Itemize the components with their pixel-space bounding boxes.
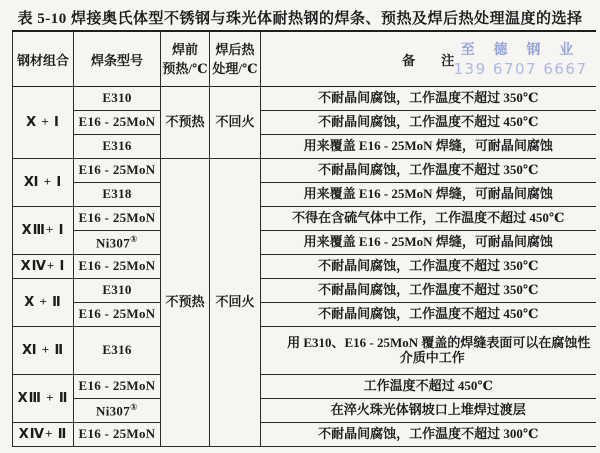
- remark-cell: 不得在含硫气体中工作，工作温度不超过 450℃: [261, 207, 596, 231]
- preheat-cell: 不预热: [161, 87, 210, 159]
- table-row: E316用来覆盖 E16 - 25MoN 焊缝，可耐晶间腐蚀: [13, 135, 596, 159]
- table-row: E318用来覆盖 E16 - 25MoN 焊缝，可耐晶间腐蚀: [13, 183, 596, 207]
- remark-cell: 用来覆盖 E16 - 25MoN 焊缝，可耐晶间腐蚀: [261, 231, 596, 255]
- electrode-cell: E310: [74, 87, 161, 111]
- remark-cell: 不耐晶间腐蚀，工作温度不超过 350℃: [261, 255, 596, 279]
- electrode-cell: E310: [74, 279, 161, 303]
- table-row: Ni307①用来覆盖 E16 - 25MoN 焊缝，可耐晶间腐蚀: [13, 231, 596, 255]
- electrode-cell: E16 - 25MoN: [74, 255, 161, 279]
- table-row: E16 - 25MoN不耐晶间腐蚀，工作温度不超过 450℃: [13, 303, 596, 327]
- steel-combo-cell: Ⅺ + Ⅰ: [13, 159, 74, 207]
- table-header: 钢材组合 焊条型号 焊前 预热/℃ 焊后热 处理/℃ 备 注: [13, 31, 596, 87]
- steel-combo-cell: ⅩⅢ + Ⅱ: [13, 375, 74, 423]
- steel-combo-cell: ⅩⅣ+ Ⅰ: [13, 255, 74, 279]
- electrode-cell: E316: [74, 135, 161, 159]
- header-postheat-line2: 处理/℃: [210, 59, 260, 79]
- header-preheat-line1: 焊前: [161, 40, 209, 60]
- electrode-cell: E16 - 25MoN: [74, 303, 161, 327]
- remark-cell: 用来覆盖 E16 - 25MoN 焊缝，可耐晶间腐蚀: [261, 183, 596, 207]
- remark-cell: 不耐晶间腐蚀，工作温度不超过 450℃: [261, 111, 596, 135]
- header-electrode-type: 焊条型号: [74, 31, 161, 87]
- scanned-document-page: 表 5-10 焊接奥氏体型不锈钢与珠光体耐热钢的焊条、预热及焊后热处理温度的选择…: [0, 0, 600, 453]
- table-row: ⅩⅢ + ⅡE16 - 25MoN工作温度不超过 450℃: [13, 375, 596, 399]
- electrode-cell: E16 - 25MoN: [74, 423, 161, 447]
- remark-cell: 在淬火珠光体钢坡口上堆焊过渡层: [261, 399, 596, 423]
- table-row: ⅩⅣ+ ⅠE16 - 25MoN不耐晶间腐蚀，工作温度不超过 350℃: [13, 255, 596, 279]
- footnote-marker: ①: [130, 402, 138, 412]
- remark-cell: 工作温度不超过 450℃: [261, 375, 596, 399]
- table-row: Ⅹ + ⅠE310不预热不回火不耐晶间腐蚀，工作温度不超过 350℃: [13, 87, 596, 111]
- table-body: Ⅹ + ⅠE310不预热不回火不耐晶间腐蚀，工作温度不超过 350℃E16 - …: [13, 87, 596, 447]
- electrode-cell: E16 - 25MoN: [74, 375, 161, 399]
- table-row: Ⅹ + ⅡE310不耐晶间腐蚀，工作温度不超过 350℃: [13, 279, 596, 303]
- steel-combo-cell: ⅩⅢ+ Ⅰ: [13, 207, 74, 255]
- header-preheat-line2: 预热/℃: [161, 59, 209, 79]
- header-row: 钢材组合 焊条型号 焊前 预热/℃ 焊后热 处理/℃ 备 注: [13, 31, 596, 87]
- remark-cell: 不耐晶间腐蚀，工作温度不超过 350℃: [261, 279, 596, 303]
- footnote-marker: ①: [130, 234, 138, 244]
- postheat-cell: 不回火: [210, 159, 261, 447]
- remark-cell: 不耐晶间腐蚀，工作温度不超过 350℃: [261, 87, 596, 111]
- electrode-cell: E16 - 25MoN: [74, 159, 161, 183]
- table-row: Ⅺ + ⅠE16 - 25MoN不预热不回火不耐晶间腐蚀，工作温度不超过 350…: [13, 159, 596, 183]
- steel-combo-cell: Ⅹ + Ⅰ: [13, 87, 74, 159]
- electrode-cell: E16 - 25MoN: [74, 111, 161, 135]
- remark-cell: 用来覆盖 E16 - 25MoN 焊缝，可耐晶间腐蚀: [261, 135, 596, 159]
- header-postheat-line1: 焊后热: [210, 40, 260, 60]
- electrode-cell: E16 - 25MoN: [74, 207, 161, 231]
- header-postheat: 焊后热 处理/℃: [210, 31, 261, 87]
- electrode-cell: E316: [74, 327, 161, 375]
- header-preheat: 焊前 预热/℃: [161, 31, 210, 87]
- remark-cell: 不耐晶间腐蚀，工作温度不超过 300℃: [261, 423, 596, 447]
- steel-combo-cell: Ⅺ + Ⅱ: [13, 327, 74, 375]
- remark-cell: 不耐晶间腐蚀，工作温度不超过 350℃: [261, 159, 596, 183]
- preheat-cell: 不预热: [161, 159, 210, 447]
- steel-combo-cell: Ⅹ + Ⅱ: [13, 279, 74, 327]
- header-remark: 备 注: [261, 31, 596, 87]
- postheat-cell: 不回火: [210, 87, 261, 159]
- table-row: E16 - 25MoN不耐晶间腐蚀，工作温度不超过 450℃: [13, 111, 596, 135]
- table-row: ⅩⅣ+ ⅡE16 - 25MoN不耐晶间腐蚀，工作温度不超过 300℃: [13, 423, 596, 447]
- table-title: 表 5-10 焊接奥氏体型不锈钢与珠光体耐热钢的焊条、预热及焊后热处理温度的选择: [0, 7, 600, 28]
- remark-cell: 用 E310、E16 - 25MoN 覆盖的焊缝表面可以在腐蚀性介质中工作: [261, 327, 596, 375]
- table-row: ⅩⅢ+ ⅠE16 - 25MoN不得在含硫气体中工作，工作温度不超过 450℃: [13, 207, 596, 231]
- steel-combo-cell: ⅩⅣ+ Ⅱ: [13, 423, 74, 447]
- welding-selection-table: 钢材组合 焊条型号 焊前 预热/℃ 焊后热 处理/℃ 备 注 Ⅹ + ⅠE31: [12, 30, 596, 447]
- electrode-cell: Ni307①: [74, 231, 161, 255]
- electrode-cell: Ni307①: [74, 399, 161, 423]
- electrode-cell: E318: [74, 183, 161, 207]
- table-row: Ⅺ + ⅡE316用 E310、E16 - 25MoN 覆盖的焊缝表面可以在腐蚀…: [13, 327, 596, 375]
- table-row: Ni307①在淬火珠光体钢坡口上堆焊过渡层: [13, 399, 596, 423]
- remark-cell: 不耐晶间腐蚀，工作温度不超过 450℃: [261, 303, 596, 327]
- header-steel-combo: 钢材组合: [13, 31, 74, 87]
